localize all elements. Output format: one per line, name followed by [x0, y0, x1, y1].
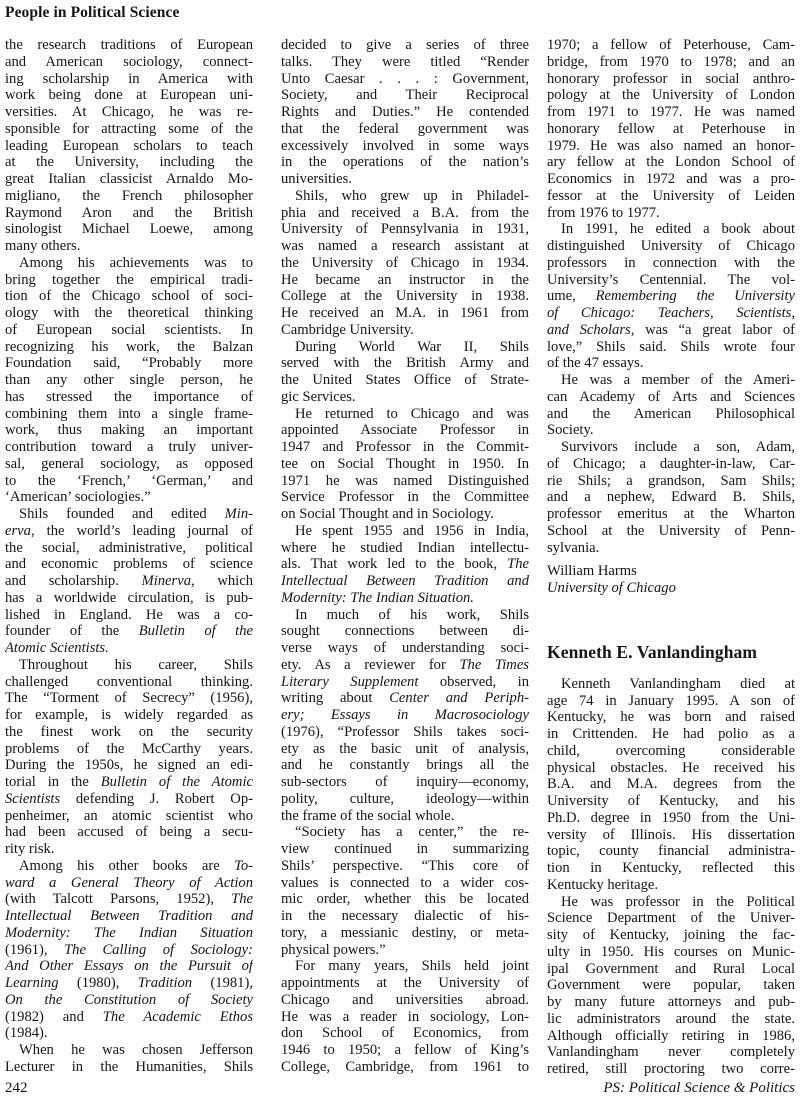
paragraph: “Society has a center,” the re-view cont… — [281, 824, 529, 958]
paragraph: Shils, who grew up in Philadel-phia and … — [281, 188, 529, 339]
text-line: ing scholarship in America with — [5, 71, 253, 88]
text-line: He received an M.A. in 1961 from — [281, 305, 529, 322]
spacer — [547, 663, 795, 676]
text-line: torial in the Bulletin of the Atomic — [5, 774, 253, 791]
text-line: Society. — [547, 422, 795, 439]
text-line: tion in Kentucky, reflected this — [547, 860, 795, 877]
paragraph: He was a member of the Ameri-can Academy… — [547, 372, 795, 439]
text-line: ety. As a reviewer for The Times — [281, 657, 529, 674]
text-line: universities. — [281, 171, 529, 188]
text-line: verse ways of understanding soci- — [281, 640, 529, 657]
paragraph: In 1991, he edited a book aboutdistingui… — [547, 221, 795, 372]
text-line: “Society has a center,” the re- — [281, 824, 529, 841]
text-line: in Crittenden. He had polio as a — [547, 726, 795, 743]
text-line: of European social scientists. In — [5, 322, 253, 339]
text-line: physical obstacles. He received his — [547, 760, 795, 777]
text-line: in the operations of the nation’s — [281, 154, 529, 171]
text-line: to the ‘French,’ ‘German,’ and — [5, 473, 253, 490]
text-line: great Italian classicist Arnaldo Mo- — [5, 171, 253, 188]
text-line: excessively involved in some ways — [281, 138, 529, 155]
text-line: lic administrators around the state. — [547, 1011, 795, 1028]
text-line: fessor at the University of Leiden — [547, 188, 795, 205]
journal-page: People in Political Science the research… — [0, 0, 800, 1108]
text-line: Government were popular, taken — [547, 977, 795, 994]
text-line: versity of Illinois. His dissertation — [547, 827, 795, 844]
text-line: Learning (1980), Tradition (1981), — [5, 975, 253, 992]
text-line: was named a research assistant at — [281, 238, 529, 255]
text-line: don School of Economics, from — [281, 1025, 529, 1042]
text-line: In 1991, he edited a book about — [547, 221, 795, 238]
text-line: for example, is widely regarded as — [5, 707, 253, 724]
text-line: tee on Social Thought in 1950. In — [281, 456, 529, 473]
text-line: Vanlandingham never completely — [547, 1044, 795, 1061]
text-line: leading European scholars to teach — [5, 138, 253, 155]
text-line: and he constantly brings all the — [281, 757, 529, 774]
text-line: honorary professor in social anthro- — [547, 71, 795, 88]
paragraph: In much of his work, Shilssought connect… — [281, 607, 529, 825]
text-line: sponsible for attracting some of the — [5, 121, 253, 138]
text-line: Intellectual Between Tradition and — [5, 908, 253, 925]
text-line: ulty in 1950. His courses on Munic- — [547, 944, 795, 961]
text-line: Kentucky, he was born and raised — [547, 709, 795, 726]
text-line: the frame of the social whole. — [281, 808, 529, 825]
text-line: that the federal government was — [281, 121, 529, 138]
text-line: served with the British Army and — [281, 355, 529, 372]
text-line: sal, general sociology, as opposed — [5, 456, 253, 473]
text-line: distinguished University of Chicago — [547, 238, 795, 255]
text-line: William Harms — [547, 563, 795, 580]
paragraph: He returned to Chicago and wasappointed … — [281, 406, 529, 523]
text-line: topic, county financial administra- — [547, 843, 795, 860]
text-line: ward a General Theory of Action — [5, 875, 253, 892]
text-line: Among his other books are To- — [5, 858, 253, 875]
paragraph: He was professor in the PoliticalScience… — [547, 894, 795, 1078]
text-line: work being done at European uni- — [5, 87, 253, 104]
text-line: view continued in summarizing — [281, 841, 529, 858]
text-line: Modernity: The Indian Situation — [5, 925, 253, 942]
text-line: Rights and Duties.” He contended — [281, 104, 529, 121]
text-line: College at the University in 1938. — [281, 288, 529, 305]
text-line: 1947 and Professor in the Commit- — [281, 439, 529, 456]
text-line: Society, and Their Reciprocal — [281, 87, 529, 104]
text-line: had been accused of being a secu- — [5, 824, 253, 841]
text-line: University’s Centennial. The vol- — [547, 272, 795, 289]
paragraph: William HarmsUniversity of Chicago — [547, 563, 795, 597]
text-line: gic Services. — [281, 389, 529, 406]
text-line: appointments at the University of — [281, 975, 529, 992]
text-line: During the 1950s, he signed an edi- — [5, 757, 253, 774]
text-line: Economics in 1972 and was a pro- — [547, 171, 795, 188]
text-line: rity risk. — [5, 841, 253, 858]
text-line: problems of the McCarthy years. — [5, 741, 253, 758]
text-line: retired, still proctoring two corre- — [547, 1061, 795, 1078]
text-line: challenged conventional thinking. — [5, 674, 253, 691]
text-line: College, Cambridge, from 1961 to — [281, 1059, 529, 1076]
text-line: many others. — [5, 238, 253, 255]
text-line: Science Department of the Univer- — [547, 910, 795, 927]
text-line: For many years, Shils held joint — [281, 958, 529, 975]
column-3: 1970; a fellow of Peterhouse, Cam-bridge… — [547, 37, 795, 1078]
text-line: penheimer, an atomic scientist who — [5, 808, 253, 825]
text-line: Literary Supplement observed, in — [281, 674, 529, 691]
text-line: He became an instructor in the — [281, 272, 529, 289]
text-line: Shils’ perspective. “This core of — [281, 858, 529, 875]
text-line: Atomic Scientists. — [5, 640, 253, 657]
text-line: bring together the empirical tradi- — [5, 272, 253, 289]
text-line: has stressed the importance of — [5, 389, 253, 406]
text-line: than any other single person, he — [5, 372, 253, 389]
text-line: honorary fellow at Peterhouse in — [547, 121, 795, 138]
text-line: Service Professor in the Committee — [281, 489, 529, 506]
text-line: of Chicago: Teachers, Scientists, — [547, 305, 795, 322]
text-line: tion of the Chicago school of soci- — [5, 288, 253, 305]
text-line: work, thus making an important — [5, 422, 253, 439]
text-line: When he was chosen Jefferson — [5, 1042, 253, 1059]
text-line: versities. At Chicago, he was re- — [5, 104, 253, 121]
text-line: can Academy of Arts and Sciences — [547, 389, 795, 406]
paragraph: decided to give a series of threetalks. … — [281, 37, 529, 188]
paragraph: the research traditions of Europeanand A… — [5, 37, 253, 255]
text-line: sity of Kentucky, joining the fac- — [547, 927, 795, 944]
text-line: 1979. He was also named an honor- — [547, 138, 795, 155]
text-line: Shils founded and edited Min- — [5, 506, 253, 523]
text-line: appointed Associate Professor in — [281, 422, 529, 439]
text-line: Cambridge University. — [281, 322, 529, 339]
text-line: University of Pennsylvania in 1931, — [281, 221, 529, 238]
text-line: phia and received a B.A. from the — [281, 205, 529, 222]
text-line: migliano, the French philosopher — [5, 188, 253, 205]
text-line: sylvania. — [547, 540, 795, 557]
text-line: professor emeritus at the Wharton — [547, 506, 795, 523]
text-line: rie Shils; a grandson, Sam Shils; — [547, 473, 795, 490]
text-line: ipal Government and Rural Local — [547, 961, 795, 978]
text-line: Kentucky heritage. — [547, 877, 795, 894]
text-line: physical powers.” — [281, 942, 529, 959]
text-line: child, overcoming considerable — [547, 743, 795, 760]
text-line: He spent 1955 and 1956 in India, — [281, 523, 529, 540]
column-1: the research traditions of Europeanand A… — [5, 37, 253, 1076]
text-line: ‘American’ sociologies.” — [5, 489, 253, 506]
text-line: of the 47 essays. — [547, 355, 795, 372]
text-line: and scholarship. Minerva, which — [5, 573, 253, 590]
text-line: Kenneth Vanlandingham died at — [547, 676, 795, 693]
text-line: values is connected to a wider cos- — [281, 875, 529, 892]
text-line: and the American Philosophical — [547, 406, 795, 423]
paragraph: He spent 1955 and 1956 in India,where he… — [281, 523, 529, 607]
page-number: 242 — [5, 1080, 28, 1097]
text-line: mic order, whether this be located — [281, 891, 529, 908]
text-line: love,” Shils said. Shils wrote four — [547, 339, 795, 356]
text-line: erva, the world’s leading journal of — [5, 523, 253, 540]
text-line: professors in connection with the — [547, 255, 795, 272]
column-2: decided to give a series of threetalks. … — [281, 37, 529, 1076]
text-line: 1971 he was named Distinguished — [281, 473, 529, 490]
paragraph: 1970; a fellow of Peterhouse, Cam-bridge… — [547, 37, 795, 221]
text-line: B.A. and M.A. degrees from the — [547, 776, 795, 793]
text-line: Shils, who grew up in Philadel- — [281, 188, 529, 205]
spacer — [547, 597, 795, 641]
text-line: And Other Essays on the Pursuit of — [5, 958, 253, 975]
text-line: 1970; a fellow of Peterhouse, Cam- — [547, 37, 795, 54]
text-line: Foundation said, “Probably more — [5, 355, 253, 372]
text-line: The “Torment of Secrecy” (1956), — [5, 690, 253, 707]
text-line: polity, culture, ideology—within — [281, 791, 529, 808]
text-line: from 1971 to 1977. He was named — [547, 104, 795, 121]
journal-title: PS: Political Science & Politics — [603, 1080, 795, 1097]
text-line: talks. They were titled “Render — [281, 54, 529, 71]
text-line: and economic problems of science — [5, 556, 253, 573]
text-line: Intellectual Between Tradition and — [281, 573, 529, 590]
text-line: He was professor in the Political — [547, 894, 795, 911]
text-line: He was a reader in sociology, Lon- — [281, 1009, 529, 1026]
text-line: tory, a messianic destiny, or meta- — [281, 925, 529, 942]
text-line: has a worldwide circulation, is pub- — [5, 590, 253, 607]
text-line: University of Chicago — [547, 580, 795, 597]
text-line: Survivors include a son, Adam, — [547, 439, 795, 456]
text-line: Throughout his career, Shils — [5, 657, 253, 674]
text-line: 1946 to 1950; a fellow of King’s — [281, 1042, 529, 1059]
text-line: ology with the theoretical thinking — [5, 305, 253, 322]
text-line: (1984). — [5, 1025, 253, 1042]
text-line: the social, administrative, political — [5, 540, 253, 557]
text-line: University of Kentucky, and his — [547, 793, 795, 810]
text-line: combining them into a single frame- — [5, 406, 253, 423]
text-line: ary fellow at the London School of — [547, 154, 795, 171]
text-line: at the University, including the — [5, 154, 253, 171]
text-line: Scientists defending J. Robert Op- — [5, 791, 253, 808]
text-line: and a nephew, Edward B. Shils, — [547, 489, 795, 506]
text-line: Ph.D. degree in 1950 from the Uni- — [547, 810, 795, 827]
text-line: lished in England. He was a co- — [5, 607, 253, 624]
paragraph: Shils founded and edited Min-erva, the w… — [5, 506, 253, 657]
text-line: als. That work led to the book, The — [281, 556, 529, 573]
text-line: on Social Thought and in Sociology. — [281, 506, 529, 523]
text-line: Although officially retiring in 1986, — [547, 1028, 795, 1045]
text-line: the research traditions of European — [5, 37, 253, 54]
text-line: contribution toward a truly univer- — [5, 439, 253, 456]
text-line: ume, Remembering the University — [547, 288, 795, 305]
paragraph: Survivors include a son, Adam,of Chicago… — [547, 439, 795, 556]
text-line: the United States Office of Strate- — [281, 372, 529, 389]
text-line: sought connections between di- — [281, 623, 529, 640]
text-line: the finest work on the security — [5, 724, 253, 741]
text-line: founder of the Bulletin of the — [5, 623, 253, 640]
text-line: in the necessary dialectic of his- — [281, 908, 529, 925]
text-line: by many future attorneys and pub- — [547, 994, 795, 1011]
text-line: (with Talcott Parsons, 1952), The — [5, 891, 253, 908]
text-line: and American sociology, connect- — [5, 54, 253, 71]
text-line: School at the University of Penn- — [547, 523, 795, 540]
text-line: from 1976 to 1977. — [547, 205, 795, 222]
text-line: Modernity: The Indian Situation. — [281, 590, 529, 607]
section-heading: Kenneth E. Vanlandingham — [547, 641, 795, 663]
text-line: pology at the University of London — [547, 87, 795, 104]
text-line: (1976), “Professor Shils takes soci- — [281, 724, 529, 741]
paragraph: When he was chosen JeffersonLecturer in … — [5, 1042, 253, 1076]
text-line: Unto Caesar . . . : Government, — [281, 71, 529, 88]
text-line: ery; Essays in Macrosociology — [281, 707, 529, 724]
text-line: where he studied Indian intellectu- — [281, 540, 529, 557]
paragraph: Kenneth Vanlandingham died atage 74 in J… — [547, 676, 795, 894]
spacer — [547, 556, 795, 563]
text-line: Raymond Aron and the British — [5, 205, 253, 222]
text-line: Among his achievements was to — [5, 255, 253, 272]
text-line: In much of his work, Shils — [281, 607, 529, 624]
text-line: He returned to Chicago and was — [281, 406, 529, 423]
text-line: recognizing his work, the Balzan — [5, 339, 253, 356]
text-line: (1982) and The Academic Ethos — [5, 1009, 253, 1026]
paragraph: For many years, Shils held jointappointm… — [281, 958, 529, 1075]
text-line: bridge, from 1970 to 1978; and an — [547, 54, 795, 71]
paragraph: Among his achievements was tobring toget… — [5, 255, 253, 506]
text-line: sinologist Michael Loewe, among — [5, 221, 253, 238]
text-line: He was a member of the Ameri- — [547, 372, 795, 389]
text-line: (1961), The Calling of Sociology: — [5, 942, 253, 959]
paragraph: Throughout his career, Shilschallenged c… — [5, 657, 253, 858]
text-line: age 74 in January 1995. A son of — [547, 693, 795, 710]
text-line: ety as the basic unit of analysis, — [281, 741, 529, 758]
text-line: sub-sectors of inquiry—economy, — [281, 774, 529, 791]
text-line: the University of Chicago in 1934. — [281, 255, 529, 272]
text-line: of Chicago; a daughter-in-law, Car- — [547, 456, 795, 473]
running-head: People in Political Science — [5, 4, 179, 22]
text-line: writing about Center and Periph- — [281, 690, 529, 707]
text-line: and Scholars, was “a great labor of — [547, 322, 795, 339]
paragraph: During World War II, Shilsserved with th… — [281, 339, 529, 406]
text-line: Chicago and universities abroad. — [281, 992, 529, 1009]
text-line: Lecturer in the Humanities, Shils — [5, 1059, 253, 1076]
text-line: During World War II, Shils — [281, 339, 529, 356]
paragraph: Among his other books are To-ward a Gene… — [5, 858, 253, 1042]
text-line: decided to give a series of three — [281, 37, 529, 54]
text-line: On the Constitution of Society — [5, 992, 253, 1009]
